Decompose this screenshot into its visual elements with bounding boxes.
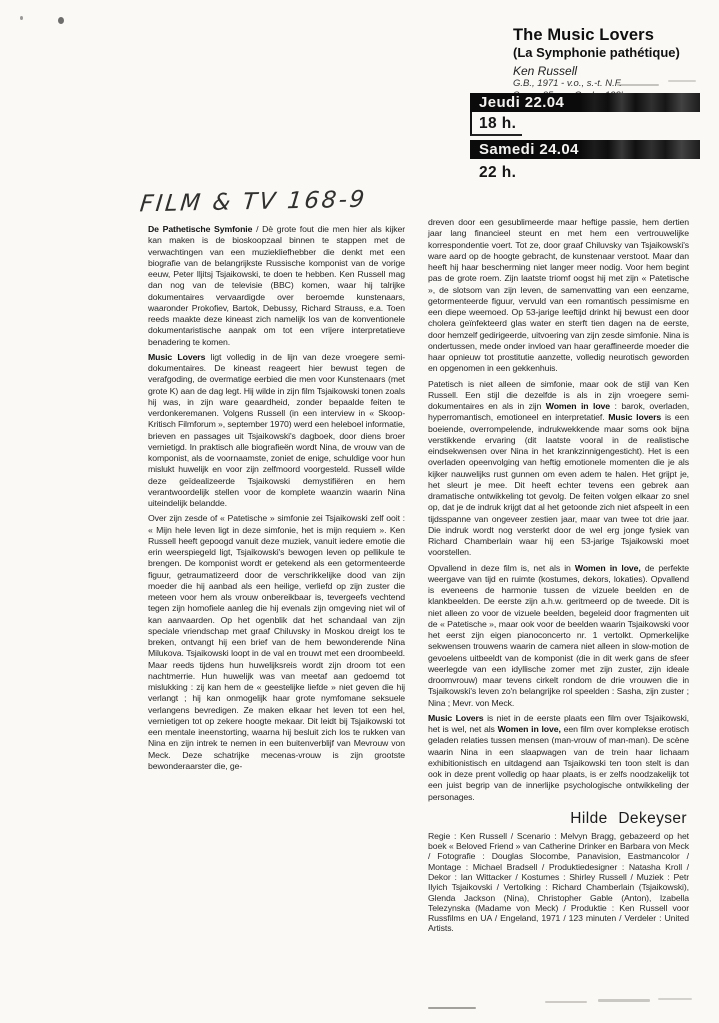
- scan-dash: [598, 999, 650, 1002]
- text-run: Over zijn zesde of « Patetische » simfon…: [148, 513, 405, 771]
- director-name: Ken Russell: [513, 64, 713, 78]
- article-paragraph: Patetisch is niet alleen de simfonie, ma…: [428, 379, 689, 559]
- article-paragraph: Over zijn zesde of « Patetische » simfon…: [148, 513, 405, 772]
- article-paragraph: De Pathetische Symfonie / Dè grote fout …: [148, 224, 405, 348]
- film-original-title: (La Symphonie pathétique): [513, 45, 713, 60]
- credits-block: Regie : Ken Russell / Scenario : Melvyn …: [428, 831, 689, 934]
- screening-day-bar: Jeudi 22.04: [470, 93, 700, 112]
- text-run: ligt volledig in de lijn van deze vroege…: [148, 352, 405, 508]
- screening-time: 22 h.: [470, 159, 700, 182]
- bold-text-run: Music Lovers: [428, 713, 484, 723]
- film-masthead: The Music Lovers (La Symphonie pathétiqu…: [513, 26, 713, 101]
- bold-text-run: Women in love,: [498, 724, 561, 734]
- scan-dash: [428, 1007, 476, 1009]
- bold-text-run: De Pathetische Symfonie: [148, 224, 252, 234]
- article-paragraph: Music Lovers ligt volledig in de lijn va…: [148, 352, 405, 510]
- scan-dash: [658, 998, 692, 1000]
- article-paragraph: dreven door een gesublimeerde maar hefti…: [428, 217, 689, 375]
- scanned-program-page: The Music Lovers (La Symphonie pathétiqu…: [0, 0, 719, 1023]
- scan-speck: [58, 17, 64, 24]
- bold-text-run: Women in love: [546, 401, 610, 411]
- text-run: is een boeiende, overrompelende, indrukw…: [428, 412, 689, 557]
- screening-schedule: Jeudi 22.04 18 h. Samedi 24.04 22 h.: [470, 93, 700, 182]
- article-paragraph: Opvallend in deze film is, net als in Wo…: [428, 563, 689, 709]
- scan-dash: [545, 1001, 587, 1003]
- film-origin-info: G.B., 1971 - v.o., s.-t. N.F.: [513, 78, 713, 90]
- text-run: dreven door een gesublimeerde maar hefti…: [428, 217, 689, 373]
- screening-day-bar: Samedi 24.04: [470, 140, 700, 159]
- article-paragraph: Music Lovers is niet in de eerste plaats…: [428, 713, 689, 803]
- text-run: / Dè grote fout die men hier als kijker …: [148, 224, 405, 347]
- text-run: de perfekte weergave van tijd en ruimte …: [428, 563, 689, 708]
- article-right-paragraphs: dreven door een gesublimeerde maar hefti…: [428, 217, 689, 803]
- handwritten-annotation: FILM & TV 168-9: [139, 187, 368, 218]
- screening-time: 18 h.: [470, 112, 522, 136]
- film-title: The Music Lovers: [513, 26, 713, 44]
- bold-text-run: Music Lovers: [148, 352, 205, 362]
- reviewer-byline: Hilde Dekeyser: [428, 810, 687, 827]
- bold-text-run: Women in love,: [575, 563, 641, 573]
- article-left-column: De Pathetische Symfonie / Dè grote fout …: [148, 224, 405, 776]
- text-run: een film over komplekse erotisch geladen…: [428, 724, 689, 802]
- text-run: Opvallend in deze film is, net als in: [428, 563, 575, 573]
- scan-speck: [20, 16, 23, 20]
- bold-text-run: Music lovers: [608, 412, 661, 422]
- article-right-column: dreven door een gesublimeerde maar hefti…: [428, 217, 689, 934]
